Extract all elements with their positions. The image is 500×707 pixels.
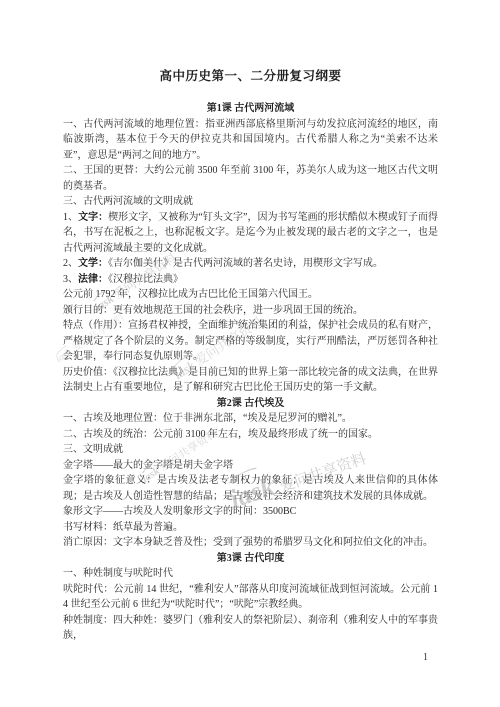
paragraph-text: 特点（作用）：宣扬君权神授，全面维护统治集团的利益，保护社会成员的私有财产，严格… bbox=[63, 320, 438, 362]
section-heading: 第1课 古代两河流域 bbox=[63, 101, 438, 117]
paragraph: 公元前 1792 年，汉穆拉比成为古巴比伦王国第六代国王。 bbox=[63, 287, 438, 303]
paragraph-prefix: 1、 bbox=[63, 212, 78, 223]
paragraph: 1、文字：楔形文字，又被称为“钉头文字”，因为书写笔画的形状酷似木楔或钉子而得名… bbox=[63, 210, 438, 257]
section-lesson-1: 第1课 古代两河流域 一、古代两河流域的地理位置：指亚洲西部底格里斯河与幼发拉底… bbox=[63, 101, 438, 396]
paragraph-text: 三、文明成就 bbox=[63, 444, 123, 455]
paragraph-text: 公元前 1792 年，汉穆拉比成为古巴比伦王国第六代国王。 bbox=[63, 289, 318, 300]
paragraph-text: 一、古埃及地理位置：位于非洲东北部，“埃及是尼罗河的赠礼”。 bbox=[63, 413, 352, 424]
paragraph-text: 三、古代两河流域的文明成就 bbox=[63, 196, 193, 207]
document-page: iask爱问共享资料 iask爱问共享资料 iask爱问共享资料 iask爱问共… bbox=[0, 0, 500, 707]
paragraph: 一、种姓制度与吠陀时代 bbox=[63, 566, 438, 582]
paragraph-text: 种姓制度：四大种姓：婆罗门（雅利安人的祭祀阶层）、刹帝利（雅利安人中的军事贵族， bbox=[63, 615, 438, 642]
paragraph-text: 《吉尔伽美什》是古代两河流域的著名史诗，用楔形文字写成。 bbox=[108, 258, 383, 269]
paragraph-text: 一、种姓制度与吠陀时代 bbox=[63, 568, 173, 579]
document-content: 高中历史第一、二分册复习纲要 第1课 古代两河流域 一、古代两河流域的地理位置：… bbox=[63, 68, 438, 644]
section-heading: 第2课 古代埃及 bbox=[63, 396, 438, 412]
paragraph: 三、古代两河流域的文明成就 bbox=[63, 194, 438, 210]
paragraph: 书写材料：纸草最为普遍。 bbox=[63, 520, 438, 536]
paragraph-text: 颁行目的：更有效地规范王国的社会秩序，进一步巩固王国的统治。 bbox=[63, 305, 363, 316]
section-lesson-3: 第3课 古代印度 一、种姓制度与吠陀时代 吠陀时代：公元前 14 世纪，“雅利安… bbox=[63, 551, 438, 644]
paragraph: 3、法律：《汉穆拉比法典》 bbox=[63, 272, 438, 288]
paragraph: 吠陀时代：公元前 14 世纪，“雅利安人”部落从印度河流域征战到恒河流域。公元前… bbox=[63, 582, 438, 613]
paragraph: 颁行目的：更有效地规范王国的社会秩序，进一步巩固王国的统治。 bbox=[63, 303, 438, 319]
section-heading: 第3课 古代印度 bbox=[63, 551, 438, 567]
paragraph: 消亡原因：文字本身缺乏普及性；受到了强势的希腊罗马文化和阿拉伯文化的冲击。 bbox=[63, 535, 438, 551]
paragraph: 种姓制度：四大种姓：婆罗门（雅利安人的祭祀阶层）、刹帝利（雅利安人中的军事贵族， bbox=[63, 613, 438, 644]
paragraph-text: 二、王国的更替：大约公元前 3500 年至前 3100 年，苏美尔人成为这一地区… bbox=[63, 165, 438, 192]
paragraph-bold-term: 法律： bbox=[78, 274, 108, 285]
paragraph: 二、古埃及的统治：公元前 3100 年左右，埃及最终形成了统一的国家。 bbox=[63, 427, 438, 443]
paragraph-text: 消亡原因：文字本身缺乏普及性；受到了强势的希腊罗马文化和阿拉伯文化的冲击。 bbox=[63, 537, 433, 548]
paragraph-text: 书写材料：纸草最为普遍。 bbox=[63, 522, 183, 533]
paragraph: 金字塔——最大的金字塔是胡夫金字塔 bbox=[63, 458, 438, 474]
paragraph: 历史价值：《汉穆拉比法典》是目前已知的世界上第一部比较完备的成文法典，在世界法制… bbox=[63, 365, 438, 396]
paragraph-bold-term: 文学： bbox=[78, 258, 108, 269]
paragraph-text: 金字塔的象征意义：是古埃及法老专制权力的象征；是古埃及人来世信仰的具体体现；是古… bbox=[63, 475, 438, 502]
paragraph-text: 一、古代两河流域的地理位置：指亚洲西部底格里斯河与幼发拉底河流经的地区，南临波斯… bbox=[63, 119, 438, 161]
document-title: 高中历史第一、二分册复习纲要 bbox=[63, 68, 438, 84]
paragraph: 象形文字——古埃及人发明象形文字的时间：3500BC bbox=[63, 504, 438, 520]
paragraph-bold-term: 文字： bbox=[78, 212, 108, 223]
paragraph-prefix: 2、 bbox=[63, 258, 78, 269]
paragraph-text: 金字塔——最大的金字塔是胡夫金字塔 bbox=[63, 460, 233, 471]
page-number: 1 bbox=[423, 652, 428, 663]
paragraph-text: 楔形文字，又被称为“钉头文字”，因为书写笔画的形状酷似木楔或钉子而得名，书写在泥… bbox=[63, 212, 438, 254]
paragraph: 2、文学：《吉尔伽美什》是古代两河流域的著名史诗，用楔形文字写成。 bbox=[63, 256, 438, 272]
paragraph-text: 历史价值：《汉穆拉比法典》是目前已知的世界上第一部比较完备的成文法典，在世界法制… bbox=[63, 367, 438, 394]
section-lesson-2: 第2课 古代埃及 一、古埃及地理位置：位于非洲东北部，“埃及是尼罗河的赠礼”。 … bbox=[63, 396, 438, 551]
paragraph: 特点（作用）：宣扬君权神授，全面维护统治集团的利益，保护社会成员的私有财产，严格… bbox=[63, 318, 438, 365]
paragraph-text: 吠陀时代：公元前 14 世纪，“雅利安人”部落从印度河流域征战到恒河流域。公元前… bbox=[63, 584, 438, 611]
paragraph-text: 《汉穆拉比法典》 bbox=[108, 274, 183, 285]
paragraph-text: 象形文字——古埃及人发明象形文字的时间：3500BC bbox=[63, 506, 296, 517]
paragraph-text: 二、古埃及的统治：公元前 3100 年左右，埃及最终形成了统一的国家。 bbox=[63, 429, 378, 440]
paragraph: 金字塔的象征意义：是古埃及法老专制权力的象征；是古埃及人来世信仰的具体体现；是古… bbox=[63, 473, 438, 504]
paragraph: 一、古代两河流域的地理位置：指亚洲西部底格里斯河与幼发拉底河流经的地区，南临波斯… bbox=[63, 117, 438, 164]
paragraph: 三、文明成就 bbox=[63, 442, 438, 458]
paragraph: 二、王国的更替：大约公元前 3500 年至前 3100 年，苏美尔人成为这一地区… bbox=[63, 163, 438, 194]
paragraph-prefix: 3、 bbox=[63, 274, 78, 285]
paragraph: 一、古埃及地理位置：位于非洲东北部，“埃及是尼罗河的赠礼”。 bbox=[63, 411, 438, 427]
